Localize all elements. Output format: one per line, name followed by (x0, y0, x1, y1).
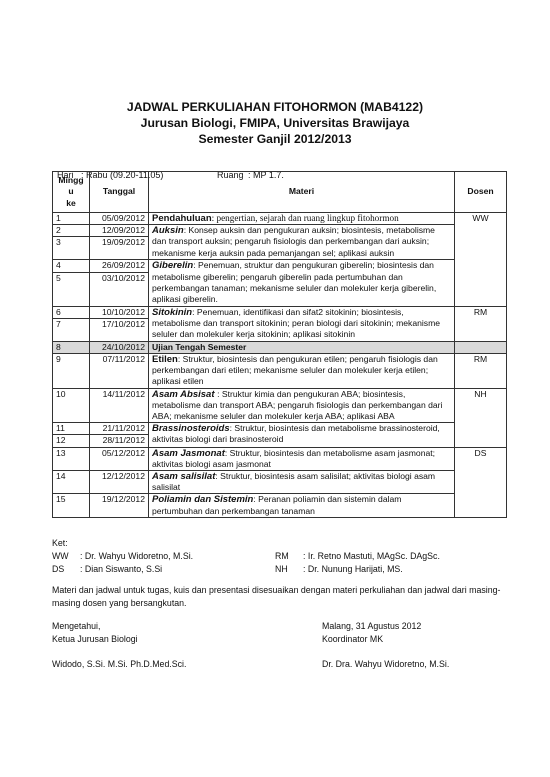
table-row: 13 05/12/2012 Asam Jasmonat: Struktur, b… (53, 447, 507, 470)
date-cell: 05/09/2012 (90, 213, 149, 225)
week-cell: 15 (53, 494, 90, 517)
table-row: 11 21/11/2012 Brassinosteroids: Struktur… (53, 423, 507, 435)
header-lecturer: Dosen (455, 172, 507, 213)
week-cell: 9 (53, 354, 90, 389)
topic-cell: Pendahuluan: pengertian, sejarah dan rua… (149, 213, 455, 225)
lecturer-cell: RM (455, 354, 507, 389)
date-cell: 19/12/2012 (90, 494, 149, 517)
legend-name: : Dr. Nunung Harijati, MS. (303, 563, 403, 576)
signature-line: Malang, 31 Agustus 2012 (322, 620, 449, 633)
table-row: 1 05/09/2012 Pendahuluan: pengertian, se… (53, 213, 507, 225)
signature-name: Widodo, S.Si. M.Si. Ph.D.Med.Sci. (52, 658, 186, 671)
lecturer-legend: Ket: WW : Dr. Wahyu Widoretno, M.Si. RM … (52, 537, 512, 576)
header-week-line: Mingg (56, 175, 86, 186)
topic-desc: : Struktur, biosintesis dan pengukuran e… (152, 354, 438, 386)
date-cell: 10/10/2012 (90, 306, 149, 318)
week-cell: 14 (53, 471, 90, 494)
lecturer-cell: WW (455, 213, 507, 307)
table-row: 15 19/12/2012 Poliamin dan Sistemin: Per… (53, 494, 507, 517)
table-row: 4 26/09/2012 Giberelin: Penemuan, strukt… (53, 260, 507, 272)
topic-cell: Ujian Tengah Semester (149, 341, 455, 353)
table-row: 9 07/11/2012 Etilen: Struktur, biosintes… (53, 354, 507, 389)
date-cell: 05/12/2012 (90, 447, 149, 470)
table-row: 6 10/10/2012 Sitokinin: Penemuan, identi… (53, 306, 507, 318)
legend-code: RM (275, 550, 303, 563)
topic-desc: : Penemuan, struktur dan pengukuran gibe… (152, 260, 436, 304)
header-date: Tanggal (90, 172, 149, 213)
week-cell: 1 (53, 213, 90, 225)
signature-role: Koordinator MK (322, 633, 449, 646)
signature-right: Malang, 31 Agustus 2012 Koordinator MK D… (322, 620, 449, 671)
legend-code: WW (52, 550, 80, 563)
document-header: JADWAL PERKULIAHAN FITOHORMON (MAB4122) … (0, 99, 550, 147)
header-week-line: ke (56, 198, 86, 209)
date-cell: 19/09/2012 (90, 237, 149, 260)
week-cell: 10 (53, 388, 90, 423)
topic-cell: Poliamin dan Sistemin: Peranan poliamin … (149, 494, 455, 517)
lecturer-cell: DS (455, 447, 507, 517)
signature-name: Dr. Dra. Wahyu Widoretno, M.Si. (322, 658, 449, 671)
note-paragraph: Materi dan jadwal untuk tugas, kuis dan … (52, 584, 502, 610)
signature-line: Mengetahui, (52, 620, 186, 633)
schedule-table: Mingg u ke Tanggal Materi Dosen 1 05/09/… (52, 171, 507, 518)
date-cell: 03/10/2012 (90, 272, 149, 306)
week-cell: 8 (53, 341, 90, 353)
table-row-exam: 8 24/10/2012 Ujian Tengah Semester (53, 341, 507, 353)
lecturer-cell: RM (455, 306, 507, 341)
week-cell: 2 (53, 225, 90, 237)
week-cell: 11 (53, 423, 90, 435)
week-cell: 6 (53, 306, 90, 318)
date-cell: 28/11/2012 (90, 435, 149, 447)
topic-cell: Auksin: Konsep auksin dan pengukuran auk… (149, 225, 455, 260)
topic-title: Poliamin dan Sistemin (152, 494, 253, 505)
topic-desc: : Konsep auksin dan pengukuran auksin; b… (152, 225, 435, 257)
topic-title: Asam salisilat (152, 471, 215, 482)
signature-role: Ketua Jurusan Biologi (52, 633, 186, 646)
topic-cell: Brassinosteroids: Struktur, biosintesis … (149, 423, 455, 447)
legend-row: WW : Dr. Wahyu Widoretno, M.Si. RM : Ir.… (52, 550, 512, 563)
table-header-row: Mingg u ke Tanggal Materi Dosen (53, 172, 507, 213)
week-cell: 4 (53, 260, 90, 272)
topic-desc: : pengertian, sejarah dan ruang lingkup … (212, 213, 399, 223)
topic-title: Sitokinin (152, 307, 192, 318)
semester-line: Semester Ganjil 2012/2013 (0, 131, 550, 147)
table-row: 2 12/09/2012 Auksin: Konsep auksin dan p… (53, 225, 507, 237)
table-row: 10 14/11/2012 Asam Absisat : Struktur ki… (53, 388, 507, 423)
header-week: Mingg u ke (53, 172, 90, 213)
lecturer-cell: NH (455, 388, 507, 447)
lecturer-cell (455, 341, 507, 353)
topic-cell: Giberelin: Penemuan, struktur dan penguk… (149, 260, 455, 306)
legend-code: DS (52, 563, 80, 576)
department-line: Jurusan Biologi, FMIPA, Universitas Braw… (0, 115, 550, 131)
topic-title: Auksin (152, 225, 184, 236)
date-cell: 14/11/2012 (90, 388, 149, 423)
header-week-line: u (56, 186, 86, 197)
topic-title: Asam Absisat (152, 389, 217, 400)
week-cell: 3 (53, 237, 90, 260)
legend-name: : Dian Siswanto, S.Si (80, 563, 275, 576)
document-title: JADWAL PERKULIAHAN FITOHORMON (MAB4122) (0, 99, 550, 115)
topic-title: Etilen (152, 354, 178, 365)
topic-desc: : Penemuan, identifikasi dan sifat2 sito… (152, 307, 440, 339)
legend-row: DS : Dian Siswanto, S.Si NH : Dr. Nunung… (52, 563, 512, 576)
week-cell: 5 (53, 272, 90, 306)
table-row: 14 12/12/2012 Asam salisilat: Struktur, … (53, 471, 507, 494)
date-cell: 07/11/2012 (90, 354, 149, 389)
date-cell: 24/10/2012 (90, 341, 149, 353)
week-cell: 12 (53, 435, 90, 447)
date-cell: 21/11/2012 (90, 423, 149, 435)
legend-name: : Ir. Retno Mastuti, MAgSc. DAgSc. (303, 550, 440, 563)
topic-title: Giberelin (152, 260, 193, 271)
legend-code: NH (275, 563, 303, 576)
topic-cell: Etilen: Struktur, biosintesis dan penguk… (149, 354, 455, 389)
signature-left: Mengetahui, Ketua Jurusan Biologi Widodo… (52, 620, 186, 671)
week-cell: 13 (53, 447, 90, 470)
date-cell: 26/09/2012 (90, 260, 149, 272)
topic-cell: Sitokinin: Penemuan, identifikasi dan si… (149, 306, 455, 341)
date-cell: 17/10/2012 (90, 318, 149, 341)
topic-title: Asam Jasmonat (152, 448, 225, 459)
topic-title: Brassinosteroids (152, 423, 230, 434)
header-topic: Materi (149, 172, 455, 213)
topic-cell: Asam Jasmonat: Struktur, biosintesis dan… (149, 447, 455, 470)
topic-cell: Asam Absisat : Struktur kimia dan penguk… (149, 388, 455, 423)
topic-title: Pendahuluan (152, 213, 212, 224)
week-cell: 7 (53, 318, 90, 341)
date-cell: 12/12/2012 (90, 471, 149, 494)
legend-label: Ket: (52, 537, 512, 550)
legend-name: : Dr. Wahyu Widoretno, M.Si. (80, 550, 275, 563)
topic-cell: Asam salisilat: Struktur, biosintesis as… (149, 471, 455, 494)
date-cell: 12/09/2012 (90, 225, 149, 237)
